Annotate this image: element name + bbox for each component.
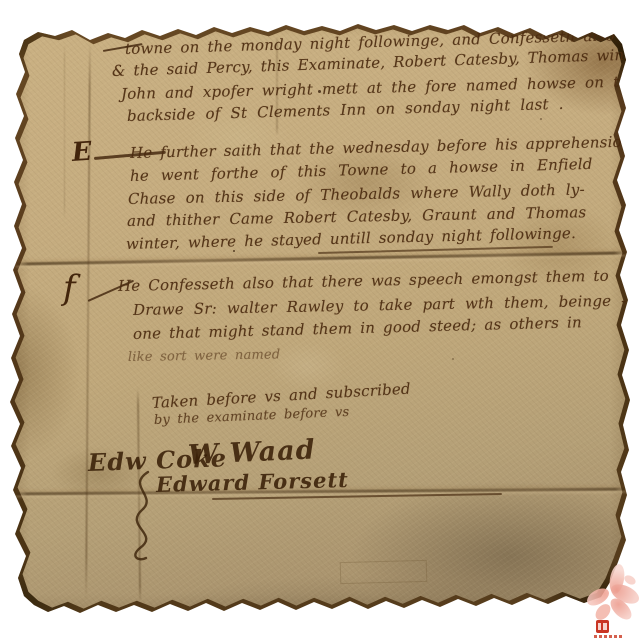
ink-spot — [540, 118, 542, 120]
ink-spot — [233, 250, 235, 252]
ink-spot — [452, 358, 454, 360]
manuscript-line: like sort were named — [128, 347, 281, 365]
margin-mark-e: E — [71, 137, 93, 168]
ink-spot — [318, 90, 321, 93]
vertical-scratch-left — [64, 44, 65, 219]
red-seal-stamp-icon — [596, 620, 609, 633]
stamp-caption-text — [594, 635, 622, 638]
vertical-fold-crease-left — [85, 42, 91, 600]
signature-paraph-flourish — [118, 468, 164, 564]
signature-william-waad: W Waad — [187, 434, 316, 471]
margin-mark-f: f — [63, 268, 76, 308]
stamp-glyph — [598, 623, 601, 630]
stamp-glyph — [603, 623, 607, 630]
manuscript-scan: towne on the monday night followinge, an… — [0, 0, 640, 643]
manuscript-content: towne on the monday night followinge, an… — [0, 0, 640, 643]
signature-edward-forsett: Edward Forsett — [156, 467, 349, 497]
corner-watermark — [584, 556, 640, 643]
manuscript-line: He Confesseth also that there was speech… — [118, 267, 609, 295]
faint-impression-box — [340, 560, 428, 584]
